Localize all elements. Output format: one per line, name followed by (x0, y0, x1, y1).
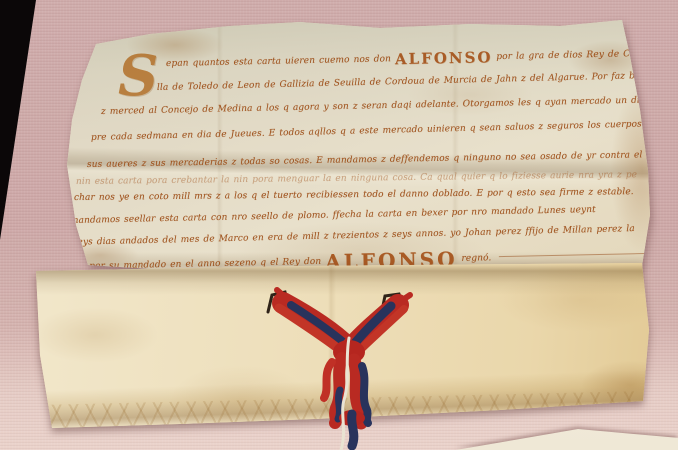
label-card (0, 0, 678, 450)
museum-photo: S epan quantos esta carta uieren cuemo n… (0, 0, 678, 450)
label-card-wrap (0, 0, 678, 450)
